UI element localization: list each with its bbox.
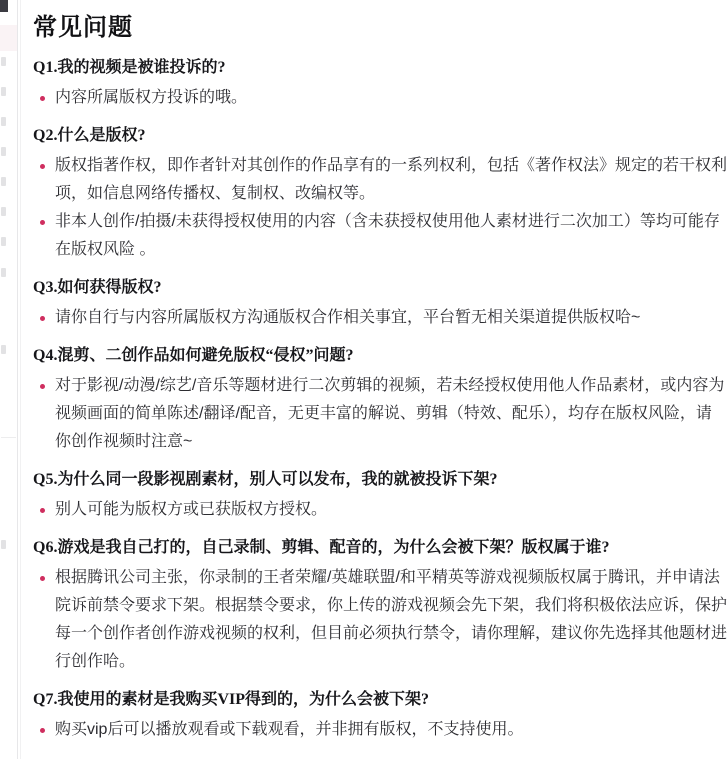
faq-question: Q1.我的视频是被谁投诉的?: [33, 58, 727, 78]
bullet-icon: [40, 164, 45, 169]
faq-answer: 根据腾讯公司主张，你录制的王者荣耀/英雄联盟/和平精英等游戏视频版权属于腾讯，并…: [33, 564, 727, 676]
sidebar-item-fragment: [1, 147, 6, 156]
faq-question: Q6.游戏是我自己打的，自己录制、剪辑、配音的，为什么会被下架？版权属于谁?: [33, 538, 727, 558]
faq-answer: 非本人创作/拍摄/未获得授权使用的内容（含未获授权使用他人素材进行二次加工）等均…: [33, 208, 727, 264]
faq-item-q6: Q6.游戏是我自己打的，自己录制、剪辑、配音的，为什么会被下架？版权属于谁? 根…: [33, 538, 727, 676]
faq-answer: 内容所属版权方投诉的哦。: [33, 84, 727, 112]
bullet-icon: [40, 96, 45, 101]
bullet-icon: [40, 316, 45, 321]
sidebar-item-fragment: [1, 345, 6, 354]
sidebar-item-fragment: [1, 237, 6, 246]
bullet-icon: [40, 508, 45, 513]
faq-item-q1: Q1.我的视频是被谁投诉的? 内容所属版权方投诉的哦。: [33, 58, 727, 112]
faq-item-q4: Q4.混剪、二创作品如何避免版权“侵权”问题? 对于影视/动漫/综艺/音乐等题材…: [33, 346, 727, 456]
answer-list: 版权指著作权，即作者针对其创作的作品享有的一系列权利，包括《著作权法》规定的若干…: [33, 152, 727, 264]
answer-list: 对于影视/动漫/综艺/音乐等题材进行二次剪辑的视频，若未经授权使用他人作品素材，…: [33, 372, 727, 456]
sidebar-item-fragment: [1, 117, 6, 126]
faq-answer: 别人可能为版权方或已获版权方授权。: [33, 496, 727, 524]
sidebar-item-fragment: [1, 177, 6, 186]
answer-list: 请你自行与内容所属版权方沟通版权合作相关事宜，平台暂无相关渠道提供版权哈~: [33, 304, 727, 332]
sidebar-item-fragment: [1, 540, 6, 549]
page-title: 常见问题: [33, 12, 727, 44]
sidebar-divider: [1, 437, 16, 438]
answer-list: 别人可能为版权方或已获版权方授权。: [33, 496, 727, 524]
faq-item-q2: Q2.什么是版权? 版权指著作权，即作者针对其创作的作品享有的一系列权利，包括《…: [33, 126, 727, 264]
answer-list: 内容所属版权方投诉的哦。: [33, 84, 727, 112]
faq-item-q7: Q7.我使用的素材是我购买VIP得到的，为什么会被下架? 购买vip后可以播放观…: [33, 690, 727, 744]
faq-question: Q3.如何获得版权?: [33, 278, 727, 298]
sidebar-item-fragment: [1, 87, 6, 96]
faq-question: Q7.我使用的素材是我购买VIP得到的，为什么会被下架?: [33, 690, 727, 710]
faq-answer: 请你自行与内容所属版权方沟通版权合作相关事宜，平台暂无相关渠道提供版权哈~: [33, 304, 727, 332]
answer-list: 根据腾讯公司主张，你录制的王者荣耀/英雄联盟/和平精英等游戏视频版权属于腾讯，并…: [33, 564, 727, 676]
bullet-icon: [40, 220, 45, 225]
faq-question: Q2.什么是版权?: [33, 126, 727, 146]
app-window: 常见问题 Q1.我的视频是被谁投诉的? 内容所属版权方投诉的哦。 Q2.什么是版…: [0, 0, 727, 759]
sidebar-sliver: [0, 0, 18, 759]
faq-question: Q5.为什么同一段影视剧素材，别人可以发布，我的就被投诉下架?: [33, 470, 727, 490]
sidebar-item-fragment: [1, 207, 6, 216]
sidebar-item-fragment: [1, 57, 6, 66]
bullet-icon: [40, 728, 45, 733]
faq-question: Q4.混剪、二创作品如何避免版权“侵权”问题?: [33, 346, 727, 366]
faq-answer: 购买vip后可以播放观看或下载观看，并非拥有版权，不支持使用。: [33, 716, 727, 744]
bullet-icon: [40, 576, 45, 581]
faq-article: 常见问题 Q1.我的视频是被谁投诉的? 内容所属版权方投诉的哦。 Q2.什么是版…: [21, 0, 727, 759]
faq-answer: 版权指著作权，即作者针对其创作的作品享有的一系列权利，包括《著作权法》规定的若干…: [33, 152, 727, 208]
faq-item-q3: Q3.如何获得版权? 请你自行与内容所属版权方沟通版权合作相关事宜，平台暂无相关…: [33, 278, 727, 332]
bullet-icon: [40, 384, 45, 389]
answer-list: 购买vip后可以播放观看或下载观看，并非拥有版权，不支持使用。: [33, 716, 727, 744]
sidebar-item-fragment: [1, 268, 6, 277]
faq-answer: 对于影视/动漫/综艺/音乐等题材进行二次剪辑的视频，若未经授权使用他人作品素材，…: [33, 372, 727, 456]
sidebar-title-fragment: [0, 0, 8, 12]
sidebar-active-item[interactable]: [0, 25, 18, 51]
faq-item-q5: Q5.为什么同一段影视剧素材，别人可以发布，我的就被投诉下架? 别人可能为版权方…: [33, 470, 727, 524]
